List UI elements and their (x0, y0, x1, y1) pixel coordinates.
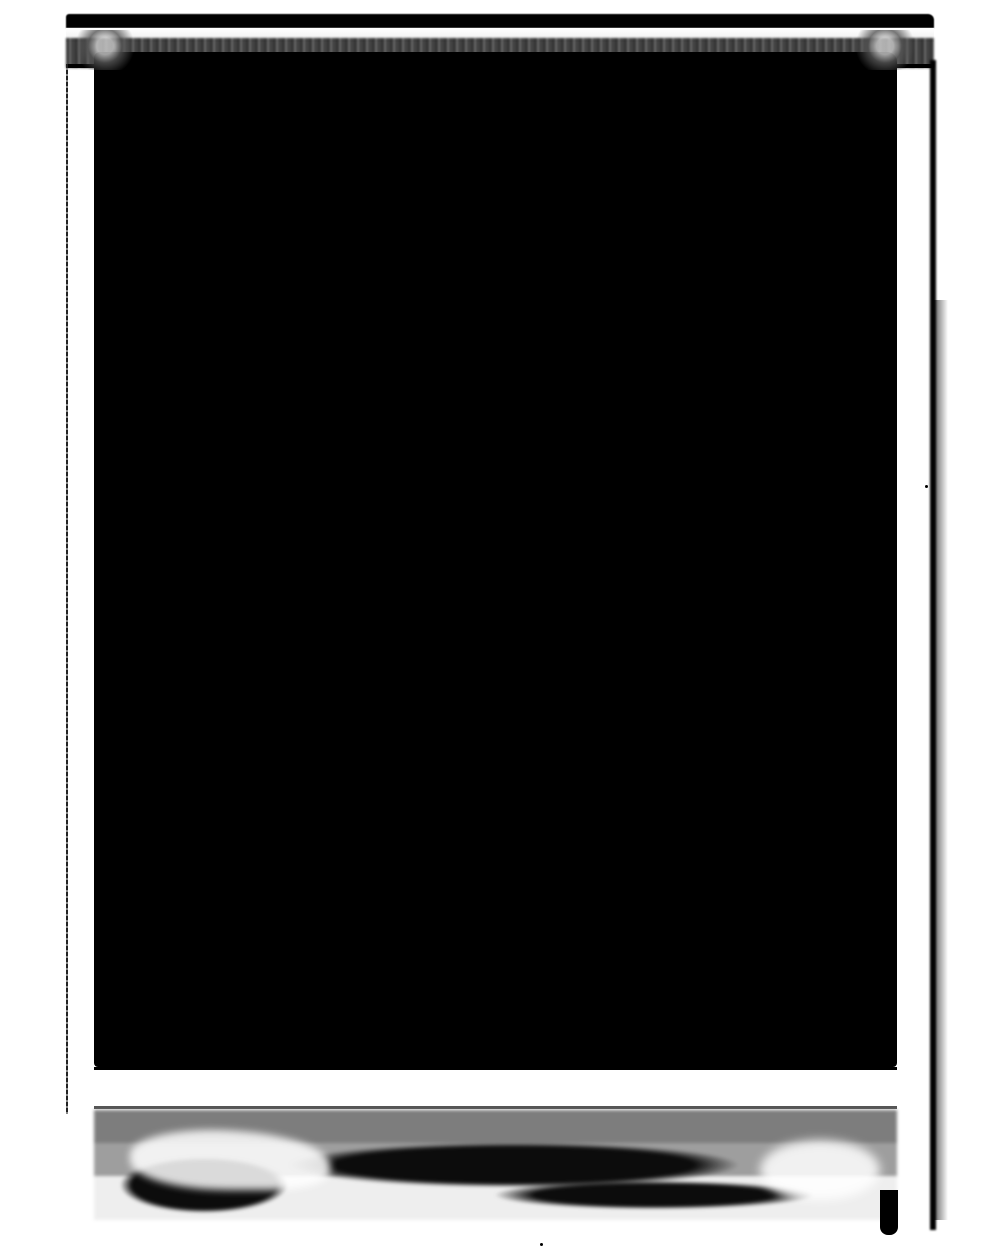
frame-bottom-highlight-right (760, 1140, 880, 1200)
frame-left-edge (66, 64, 68, 1114)
frame-top-edge (66, 14, 934, 28)
corner-wear-top-left (70, 30, 140, 70)
corner-wear-top-right (850, 30, 920, 70)
frame-bottom-strip (94, 1067, 897, 1110)
photo-frame (0, 0, 1000, 1250)
speck (925, 485, 928, 488)
black-photo-area (94, 52, 897, 1067)
ink-drip (880, 1190, 898, 1235)
frame-bottom-line (94, 1106, 897, 1109)
speck (540, 1243, 543, 1246)
frame-right-shadow (934, 300, 948, 1220)
